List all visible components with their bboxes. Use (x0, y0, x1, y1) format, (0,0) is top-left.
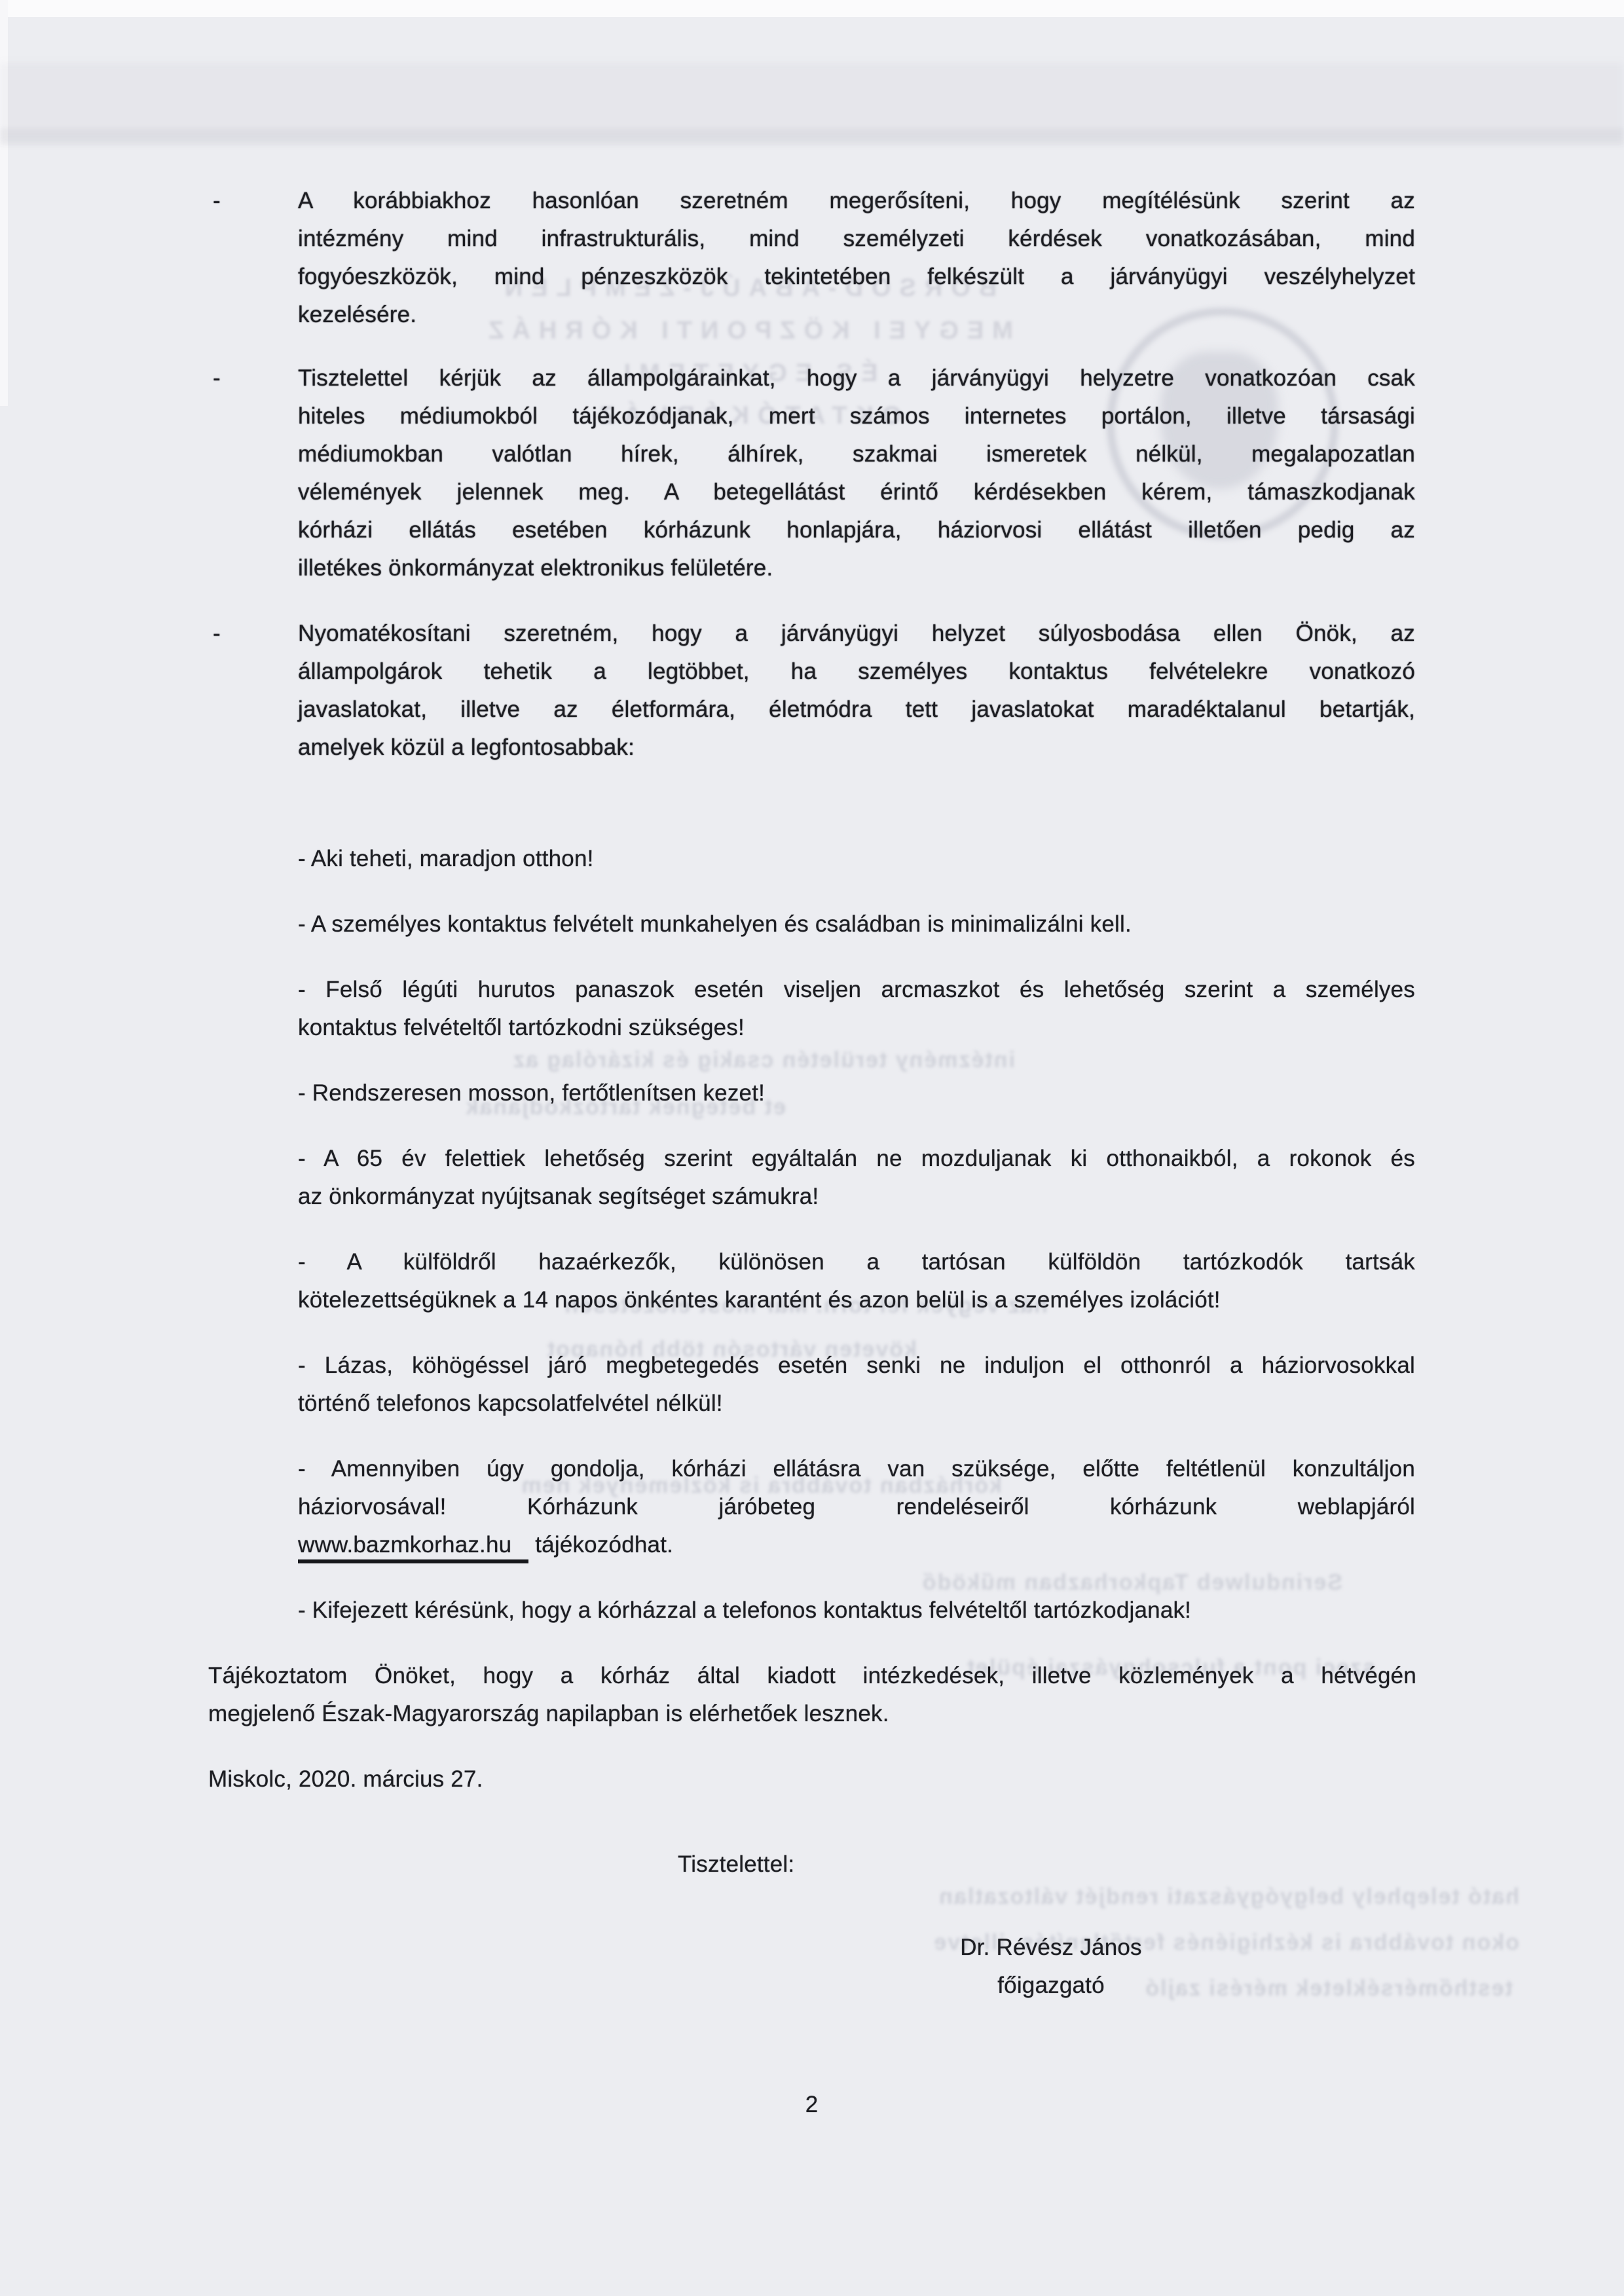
text-line: hiteles médiumokból tájékozódjanak, mert… (298, 397, 1415, 435)
sub-item: - A 65 év felettiek lehetőség szerint eg… (298, 1140, 1415, 1216)
text-line: Tisztelettel kérjük az állampolgárainkat… (298, 359, 1415, 397)
sub-item: - Amennyiben úgy gondolja, kórházi ellát… (298, 1450, 1415, 1564)
closing-paragraph: Tájékoztatom Önöket, hogy a kórház által… (208, 1657, 1416, 1733)
bullet-dash: - (213, 182, 221, 220)
text-line: - Lázas, köhögéssel járó megbetegedés es… (298, 1347, 1415, 1385)
bullet-paragraph: A korábbiakhoz hasonlóan szeretném meger… (298, 182, 1415, 334)
date-line: Miskolc, 2020. március 27. (208, 1760, 1416, 1798)
bleedthrough-text: ható telephely belgyógyászati rendjét vá… (236, 1884, 1519, 1910)
text-line: www.bazmkorhaz.hu tájékozódhat. (298, 1526, 1415, 1564)
sub-item: - Aki teheti, maradjon otthon! (298, 840, 1415, 878)
sub-item: - Felső légúti hurutos panaszok esetén v… (298, 971, 1415, 1047)
sub-item: - A személyes kontaktus felvételt munkah… (298, 905, 1415, 943)
text-line: vélemények jelennek meg. A betegellátást… (298, 473, 1415, 511)
text-line: - Rendszeresen mosson, fertőtlenítsen ke… (298, 1074, 1415, 1112)
text-line: kórházi ellátás esetében kórházunk honla… (298, 511, 1415, 549)
text-line: megjelenő Észak-Magyarország napilapban … (208, 1695, 1416, 1733)
website-link[interactable]: www.bazmkorhaz.hu (298, 1532, 528, 1563)
bullet-paragraph: Nyomatékosítani szeretném, hogy a járván… (298, 615, 1415, 767)
text-line: kontaktus felvételtől tartózkodni szüksé… (298, 1009, 1415, 1047)
text-line: - A személyes kontaktus felvételt munkah… (298, 905, 1415, 943)
text-line: történő telefonos kapcsolatfelvétel nélk… (298, 1385, 1415, 1423)
text-line: amelyek közül a legfontosabbak: (298, 729, 1415, 767)
bleedthrough-text: okon továbbra is kézhigiénés fertőtlenít… (236, 1930, 1519, 1956)
text-line: - Kifejezett kérésünk, hogy a kórházzal … (298, 1592, 1415, 1630)
bullet-dash: - (213, 359, 221, 397)
sub-item: - Rendszeresen mosson, fertőtlenítsen ke… (298, 1074, 1415, 1112)
text-line: kötelezettségüknek a 14 napos önkéntes k… (298, 1281, 1415, 1319)
text-line: - Felső légúti hurutos panaszok esetén v… (298, 971, 1415, 1009)
bullet-paragraph: Tisztelettel kérjük az állampolgárainkat… (298, 359, 1415, 587)
text-line: az önkormányzat nyújtsanak segítséget sz… (298, 1178, 1415, 1216)
scan-band-artifact (0, 128, 1624, 145)
text-line: kezelésére. (298, 296, 1415, 334)
text-line: javaslatokat, illetve az életformára, él… (298, 691, 1415, 729)
text-line: - Aki teheti, maradjon otthon! (298, 840, 1415, 878)
signature-name: Dr. Révész János (907, 1929, 1195, 1967)
text-line: - Amennyiben úgy gondolja, kórházi ellát… (298, 1450, 1415, 1488)
text-line: médiumokban valótlan hírek, álhírek, sza… (298, 435, 1415, 473)
text-line: fogyóeszközök, mind pénzeszközök tekinte… (298, 258, 1415, 296)
text-line: háziorvosával! Kórházunk járóbeteg rende… (298, 1488, 1415, 1526)
text-line: A korábbiakhoz hasonlóan szeretném meger… (298, 182, 1415, 220)
scan-edge-artifact (0, 0, 1624, 17)
sub-item: - A külföldről hazaérkezők, különösen a … (298, 1243, 1415, 1319)
bleedthrough-text: intézmény területén csakig és kizárólag … (196, 1048, 1015, 1073)
scan-edge-artifact (0, 0, 8, 406)
text-line: intézmény mind infrastrukturális, mind s… (298, 220, 1415, 258)
text-line: állampolgárok tehetik a legtöbbet, ha sz… (298, 653, 1415, 691)
bullet-dash: - (213, 615, 221, 653)
text-line: - A 65 év felettiek lehetőség szerint eg… (298, 1140, 1415, 1178)
text-line: Tájékoztatom Önöket, hogy a kórház által… (208, 1657, 1416, 1695)
signature-title: főigazgató (907, 1967, 1195, 2005)
page-number: 2 (0, 2086, 1624, 2124)
sub-item: - Lázas, köhögéssel járó megbetegedés es… (298, 1347, 1415, 1423)
sub-item: - Kifejezett kérésünk, hogy a kórházzal … (298, 1592, 1415, 1630)
text-line: Nyomatékosítani szeretném, hogy a járván… (298, 615, 1415, 653)
text-line: - A külföldről hazaérkezők, különösen a … (298, 1243, 1415, 1281)
valediction: Tisztelettel: (678, 1846, 794, 1884)
text-line: illetékes önkormányzat elektronikus felü… (298, 549, 1415, 587)
scanned-letter-page: BORSOD-ABAÚJ-ZEMPLÉNMEGYEI KÖZPONTI KÓRH… (0, 0, 1624, 2296)
